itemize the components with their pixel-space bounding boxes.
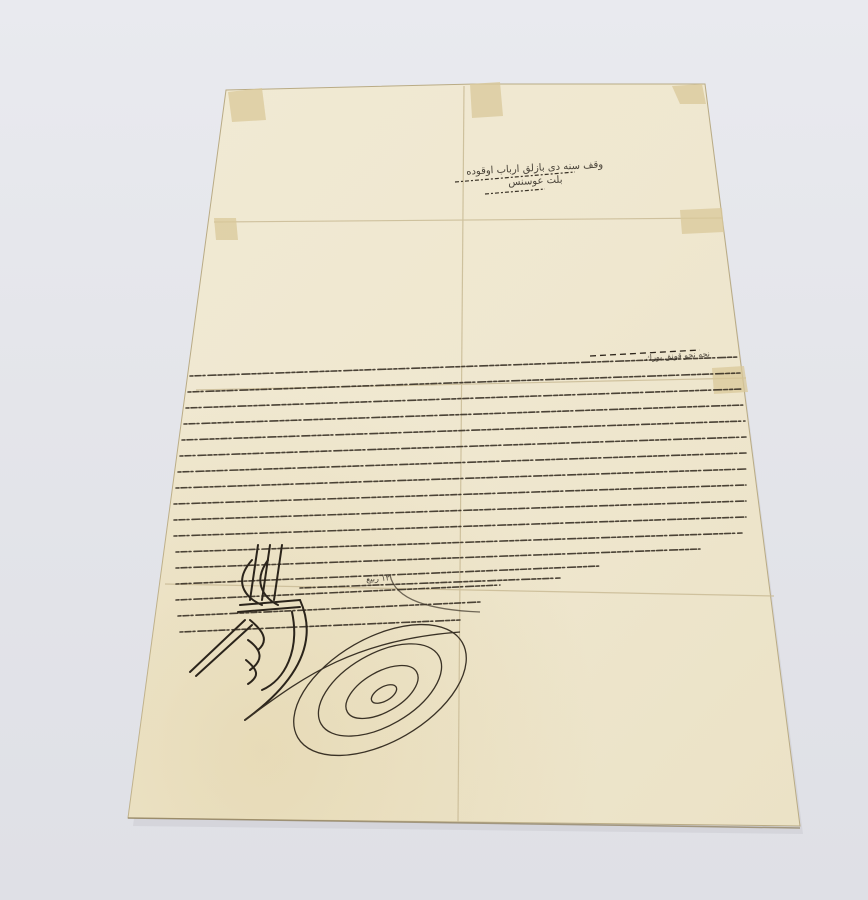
document-paper [0,0,868,900]
photo-scene: وقف سنه دى بازلق ارباب اوقوده بلت عوسنس … [0,0,868,900]
